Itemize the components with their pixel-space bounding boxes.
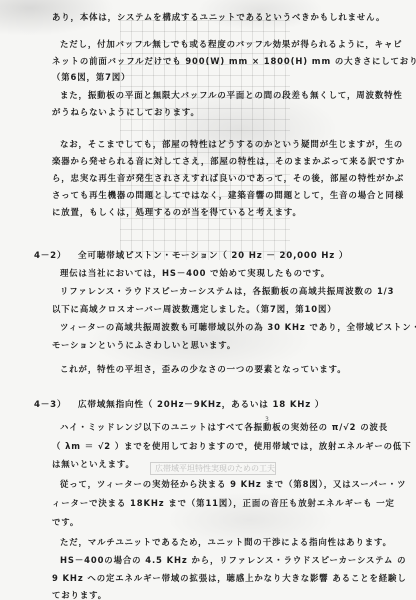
show-through-caption: 広帯域平坦特性実現のための工夫 <box>150 462 276 475</box>
text-line: HS－400の場合の 4.5 KHz から，リファレンス・ラウドスピーカーシステ… <box>60 554 406 566</box>
text-line: 9 KHz への定エネルギー帯域の拡張は，聴感上かなり大きな影響 あることを経験… <box>52 572 407 584</box>
text-line: 従って，ツィーターの実効径から決まる 9 KHz まで（第8図），又はスーパー・… <box>60 478 406 490</box>
text-line: は無いといえます。 <box>52 458 135 470</box>
text-line: あり，本体は，システムを構成するユニットであるというべきかもしれません。 <box>52 11 385 23</box>
scanned-page: あり，本体は，システムを構成するユニットであるというべきかもしれません。 ただし… <box>0 0 416 600</box>
section-title: 広帯域無指向性（ 20Hz－9KHz，あるいは 18 KHz ） <box>78 398 324 410</box>
text-line: ツィーターの高域共振周波数も可聴帯域以外の為 30 KHz であり，全帯域ピスト… <box>60 321 416 333</box>
text-line: ネットの前面バッフルだけでも 900(W) mm × 1800(H) mm の大… <box>52 55 416 67</box>
text-line: なお，そこまでしても，部屋の特性はどうするのかという疑問が生じますが，生の <box>60 138 403 150</box>
text-line: ハイ・ミッドレンジ以下のユニットはすべて各振動板の実効径の π/√2 の波長 <box>60 421 388 433</box>
text-line: ただし，付加バッフル無しでも或る程度のバッフル効果が得られるように，キャビ <box>60 38 403 50</box>
text-line: モーションというにふさわしいと思います。 <box>52 339 236 351</box>
text-line: また，振動板の平面と無限大バッフルの平面との間の段差も無くして，周波数特性 <box>60 89 403 101</box>
text-line: 楽器から発せられる音に対してさえ，部屋の特性は，そのままかぶって来る訳ですか <box>52 155 405 167</box>
text-line: がうねらないようにしております。 <box>52 106 200 118</box>
text-line: ただ，マルチユニットであるため，ユニット間の干渉による指向性はあります。 <box>60 536 392 548</box>
section-title: 全可聴帯域ピストン・モーション（ 20 Hz － 20,000 Hz ） <box>78 249 348 261</box>
text-line: に放置，もしくは，処理するのが当を得ていると考えます。 <box>52 206 302 218</box>
text-line: 理伝は当社においては，HS－400 で始めて実現したものです。 <box>60 267 330 279</box>
text-line: （第6図，第7図） <box>52 71 130 83</box>
text-line: （ λm ＝ √2 ）までを使用しておりますので，使用帯域では，放射エネルギーの… <box>52 440 411 452</box>
page-number: 3 <box>265 416 269 423</box>
section-number: 4－2） <box>34 249 66 261</box>
text-line: さっても再生機器の問題としてではなく，建築音響の問題として，生音の場合と同様 <box>52 189 404 201</box>
text-line: 以下に高域クロスオーバー周波数選定しました。（第7図，第10図） <box>52 303 337 315</box>
text-line: ら，忠実な再生音が発生されさえすれば良いのであって，その後，部屋の特性がかぶ <box>52 172 404 184</box>
section-number: 4－3） <box>34 398 66 410</box>
text-line: です。 <box>52 516 79 528</box>
text-line: これが，特性の平坦さ，歪みの少なさの一つの要素となっています。 <box>60 363 347 375</box>
text-line: ております。 <box>52 589 107 600</box>
text-line: リファレンス・ラウドスピーカーシステムは，各振動板の高域共振周波数の 1/3 <box>60 285 394 297</box>
text-line: ィーターで決まる 18KHz まで（第11図），正面の音圧も放射エネルギーも 一… <box>52 497 395 509</box>
